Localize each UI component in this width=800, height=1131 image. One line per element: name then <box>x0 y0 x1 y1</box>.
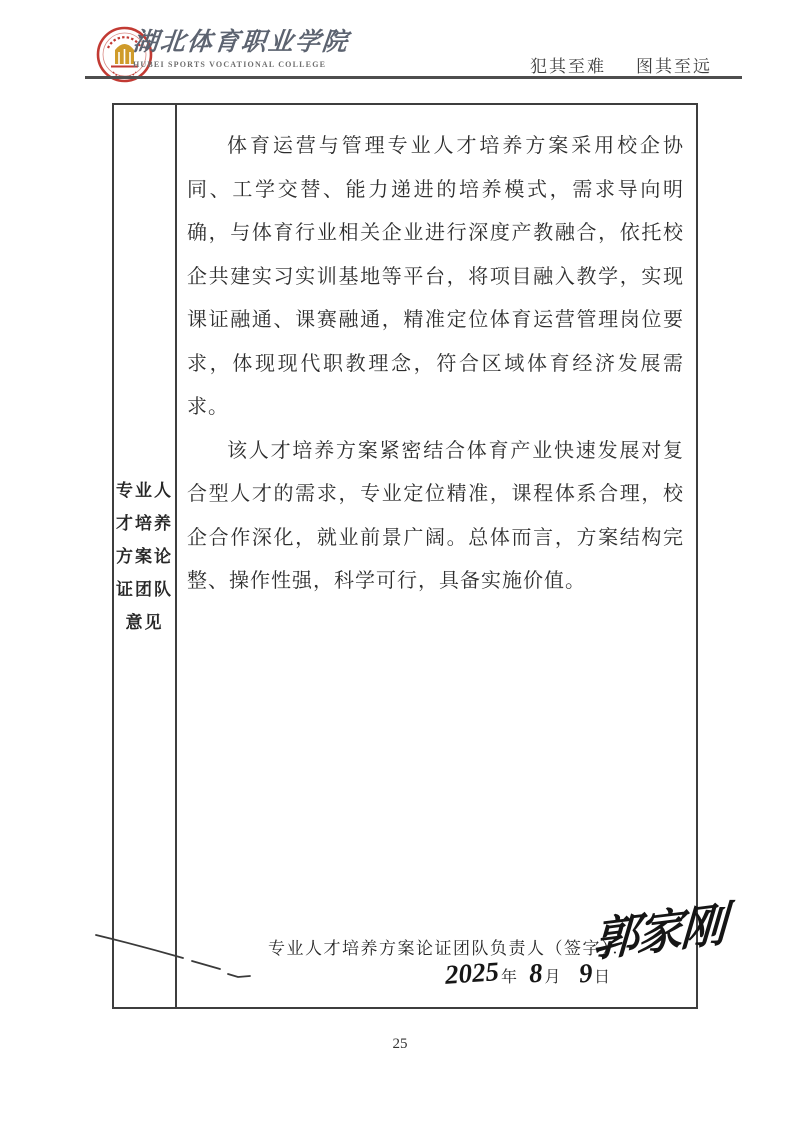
page-header: 湖北体育职业学院 HUBEI SPORTS VOCATIONAL COLLEGE… <box>0 0 800 90</box>
page-number: 25 <box>0 1036 800 1053</box>
motto-left-text: 犯其至难 <box>530 57 606 76</box>
day-unit-label: 日 <box>594 964 610 987</box>
opinion-paragraph-1: 体育运营与管理专业人才培养方案采用校企协同、工学交替、能力递进的培养模式，需求导… <box>187 125 684 430</box>
header-divider-line <box>85 76 742 79</box>
handwritten-day: 9 <box>577 958 593 990</box>
year-unit-label: 年 <box>501 964 517 987</box>
handwritten-year: 2025 <box>444 956 500 991</box>
row-label-line: 意见 <box>126 606 164 639</box>
college-name-english: HUBEI SPORTS VOCATIONAL COLLEGE <box>133 60 353 69</box>
motto-right-text: 图其至远 <box>636 57 712 76</box>
row-label-line: 证团队 <box>116 573 173 606</box>
college-name-chinese: 湖北体育职业学院 <box>131 28 354 58</box>
opinion-paragraph-2: 该人才培养方案紧密结合体育产业快速发展对复合型人才的需求，专业定位精准，课程体系… <box>187 430 684 604</box>
month-unit-label: 月 <box>545 964 561 987</box>
signature-date: 2025年8月9日 <box>445 958 612 989</box>
college-brand: 湖北体育职业学院 HUBEI SPORTS VOCATIONAL COLLEGE <box>133 28 353 69</box>
pen-scribble-mark <box>80 922 270 989</box>
row-label-line: 才培养 <box>116 507 173 540</box>
row-label-cell: 专业人 才培养 方案论 证团队 意见 <box>114 105 177 1007</box>
opinion-content-cell: 体育运营与管理专业人才培养方案采用校企协同、工学交替、能力递进的培养模式，需求导… <box>177 105 696 1007</box>
opinion-table: 专业人 才培养 方案论 证团队 意见 体育运营与管理专业人才培养方案采用校企协同… <box>112 103 698 1009</box>
row-label-line: 专业人 <box>116 474 173 507</box>
college-motto: 犯其至难图其至远 <box>530 52 712 77</box>
handwritten-month: 8 <box>528 958 544 990</box>
signature-label: 专业人才培养方案论证团队负责人（签字）： <box>268 934 630 959</box>
row-label-line: 方案论 <box>116 540 173 573</box>
